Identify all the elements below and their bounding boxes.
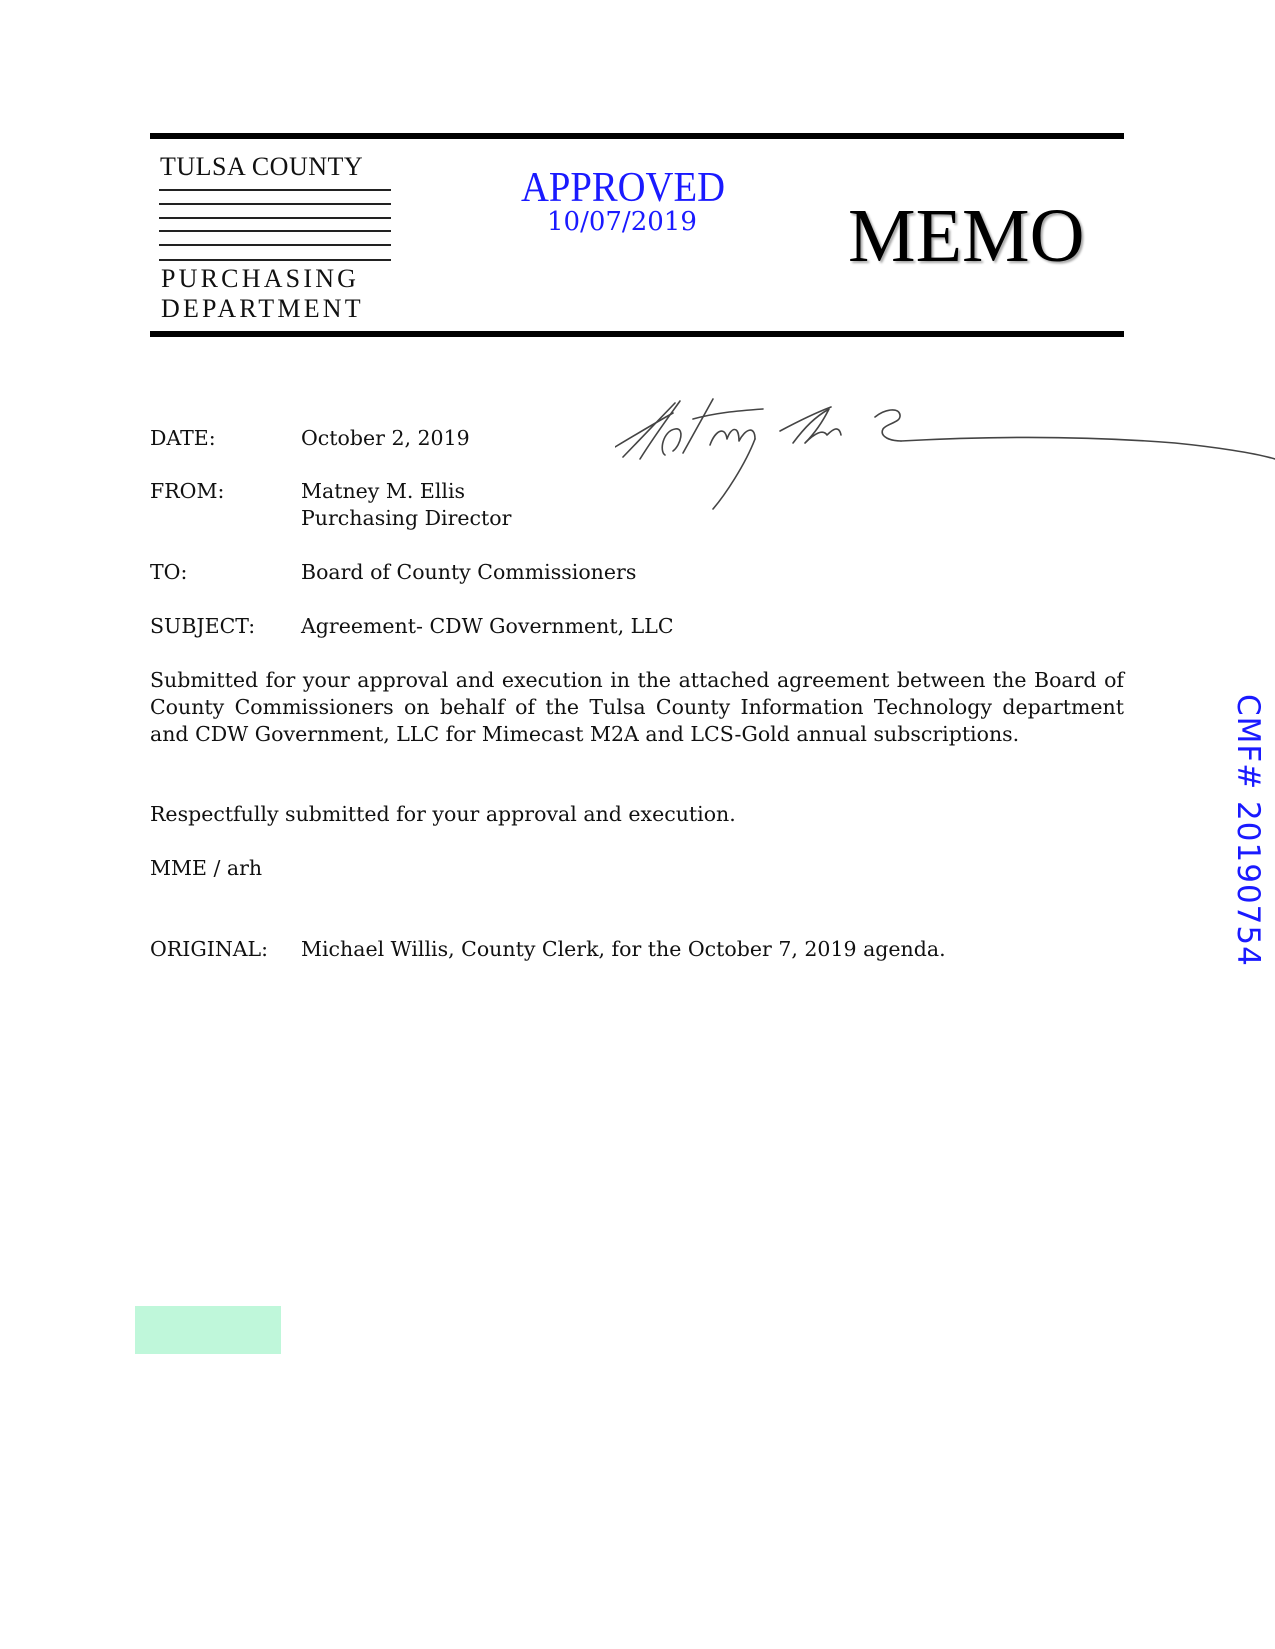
subject-label: SUBJECT: (150, 614, 255, 638)
approval-date: 10/07/2019 (547, 207, 697, 237)
header-top-rule (150, 133, 1124, 139)
approval-status: APPROVED (521, 164, 725, 212)
original-label: ORIGINAL: (150, 937, 268, 961)
from-name: Matney M. Ellis (301, 479, 465, 503)
body-paragraph: Submitted for your approval and executio… (150, 667, 1124, 748)
to-value: Board of County Commissioners (301, 560, 636, 584)
logo-dept-line1: PURCHASING (161, 264, 359, 294)
highlight-box (135, 1306, 281, 1354)
signature-image (615, 395, 1275, 535)
initials: MME / arh (150, 856, 262, 880)
closing-line: Respectfully submitted for your approval… (150, 802, 736, 826)
original-value: Michael Willis, County Clerk, for the Oc… (301, 937, 946, 961)
logo-line (159, 217, 391, 219)
to-label: TO: (150, 560, 187, 584)
date-value: October 2, 2019 (301, 426, 470, 450)
header-bottom-rule (150, 331, 1124, 337)
from-title: Purchasing Director (301, 506, 511, 530)
logo-dept-line2: DEPARTMENT (161, 294, 364, 324)
from-label: FROM: (150, 479, 224, 503)
date-label: DATE: (150, 426, 216, 450)
subject-value: Agreement- CDW Government, LLC (301, 614, 674, 638)
cmf-number-stamp: CMF# 20190754 (1230, 694, 1266, 967)
logo-org-name: TULSA COUNTY (160, 152, 363, 182)
logo-line (159, 244, 391, 246)
logo-line (159, 189, 391, 191)
logo-line (159, 203, 391, 205)
document-type-title: MEMO (848, 193, 1084, 280)
logo-line (159, 259, 391, 261)
logo-line (159, 230, 391, 232)
